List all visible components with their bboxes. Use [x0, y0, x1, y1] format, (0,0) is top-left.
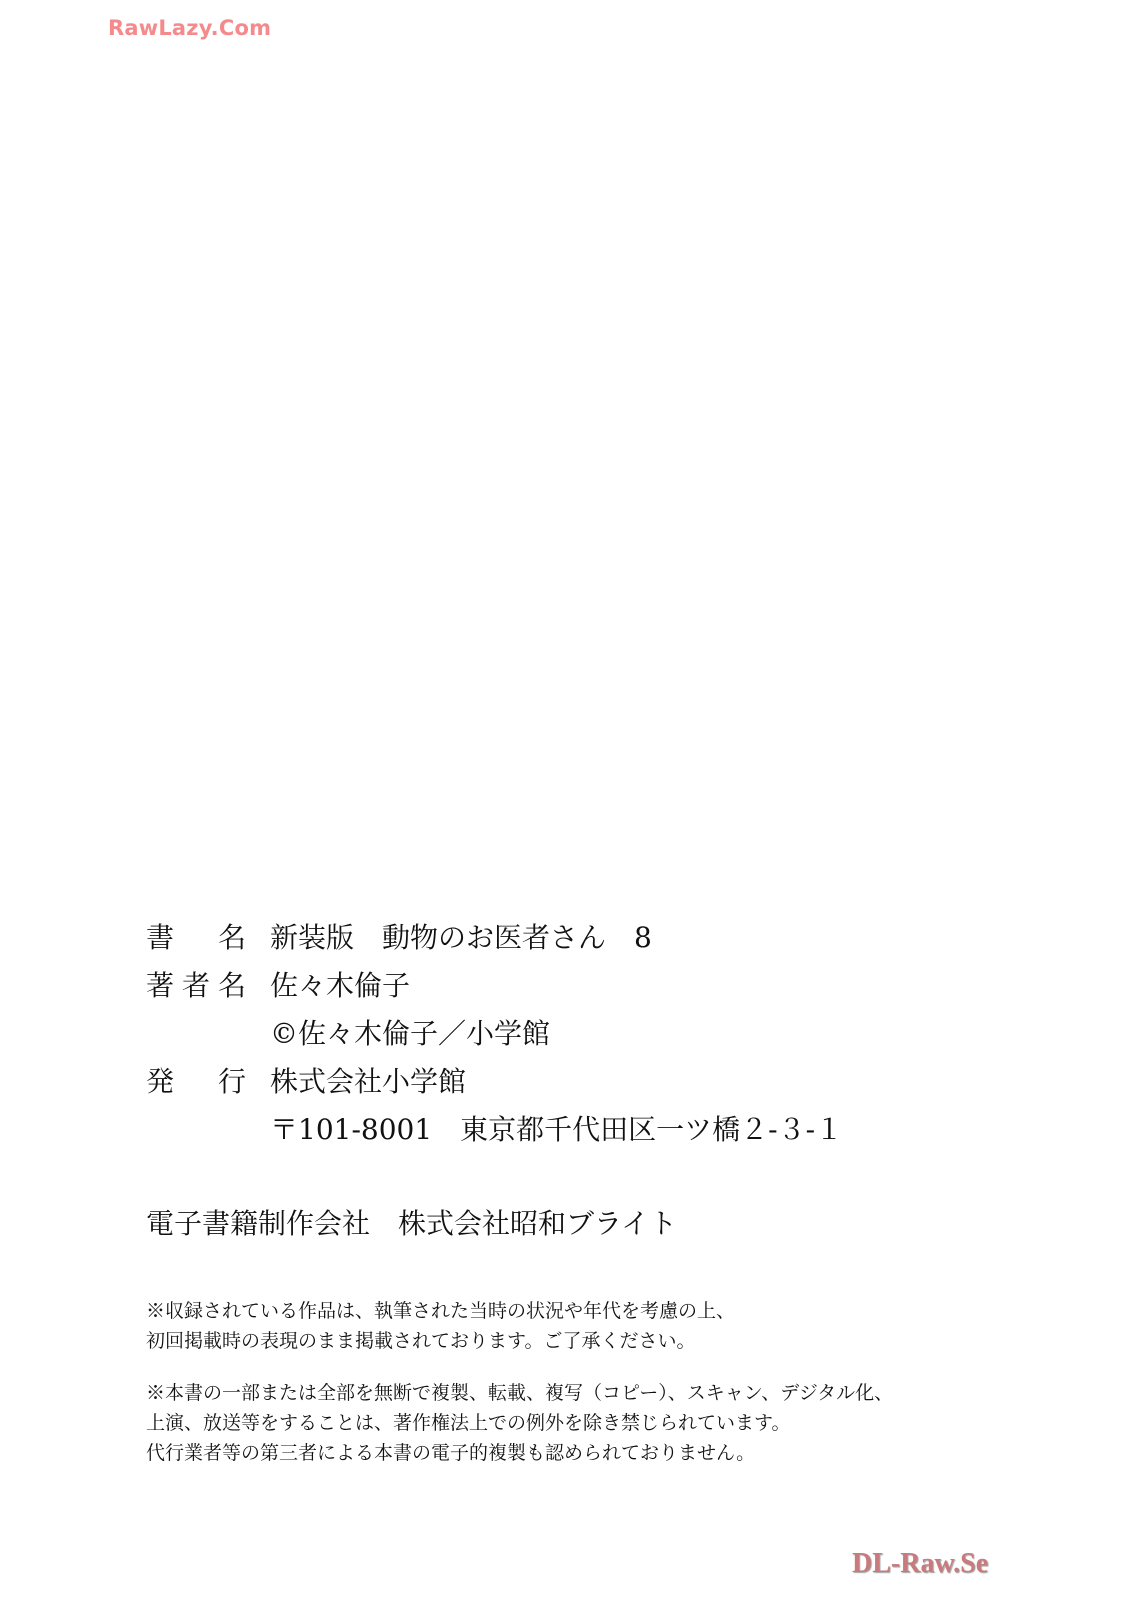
label-char: 者	[182, 966, 210, 1006]
note-line: 代行業者等の第三者による本書の電子的複製も認められておりません。	[146, 1438, 893, 1468]
book-title: 新装版 動物のお医者さん 8	[270, 918, 652, 958]
publisher-name: 株式会社小学館	[270, 1062, 466, 1102]
label-char: 発	[146, 1062, 174, 1102]
watermark-bottom: DL-Raw.Se	[852, 1548, 988, 1580]
label-char: 著	[146, 966, 174, 1006]
label-char: 行	[218, 1062, 246, 1102]
author-name: 佐々木倫子	[270, 966, 410, 1006]
note-line: 初回掲載時の表現のまま掲載されております。ご了承ください。	[146, 1326, 735, 1356]
author-label: 著 者 名	[146, 966, 246, 1006]
label-char: 名	[218, 966, 246, 1006]
copyright: ©佐々木倫子／小学館	[270, 1014, 550, 1054]
ebook-producer: 電子書籍制作会社 株式会社昭和ブライト	[146, 1202, 677, 1242]
watermark-top: RawLazy.Com	[108, 16, 271, 40]
note-line: ※収録されている作品は、執筆された当時の状況や年代を考慮の上、	[146, 1296, 735, 1326]
note-copyright-warning: ※本書の一部または全部を無断で複製、転載、複写（コピー）、スキャン、デジタル化、…	[146, 1378, 893, 1468]
title-label: 書 名	[146, 918, 246, 958]
publisher-address: 〒101‐8001 東京都千代田区一ツ橋２‐３‐１	[270, 1110, 843, 1150]
label-char: 書	[146, 918, 174, 958]
note-reprint: ※収録されている作品は、執筆された当時の状況や年代を考慮の上、 初回掲載時の表現…	[146, 1296, 735, 1356]
note-line: 上演、放送等をすることは、著作権法上での例外を除き禁じられています。	[146, 1408, 893, 1438]
publisher-label: 発 行	[146, 1062, 246, 1102]
label-char: 名	[218, 918, 246, 958]
note-line: ※本書の一部または全部を無断で複製、転載、複写（コピー）、スキャン、デジタル化、	[146, 1378, 893, 1408]
